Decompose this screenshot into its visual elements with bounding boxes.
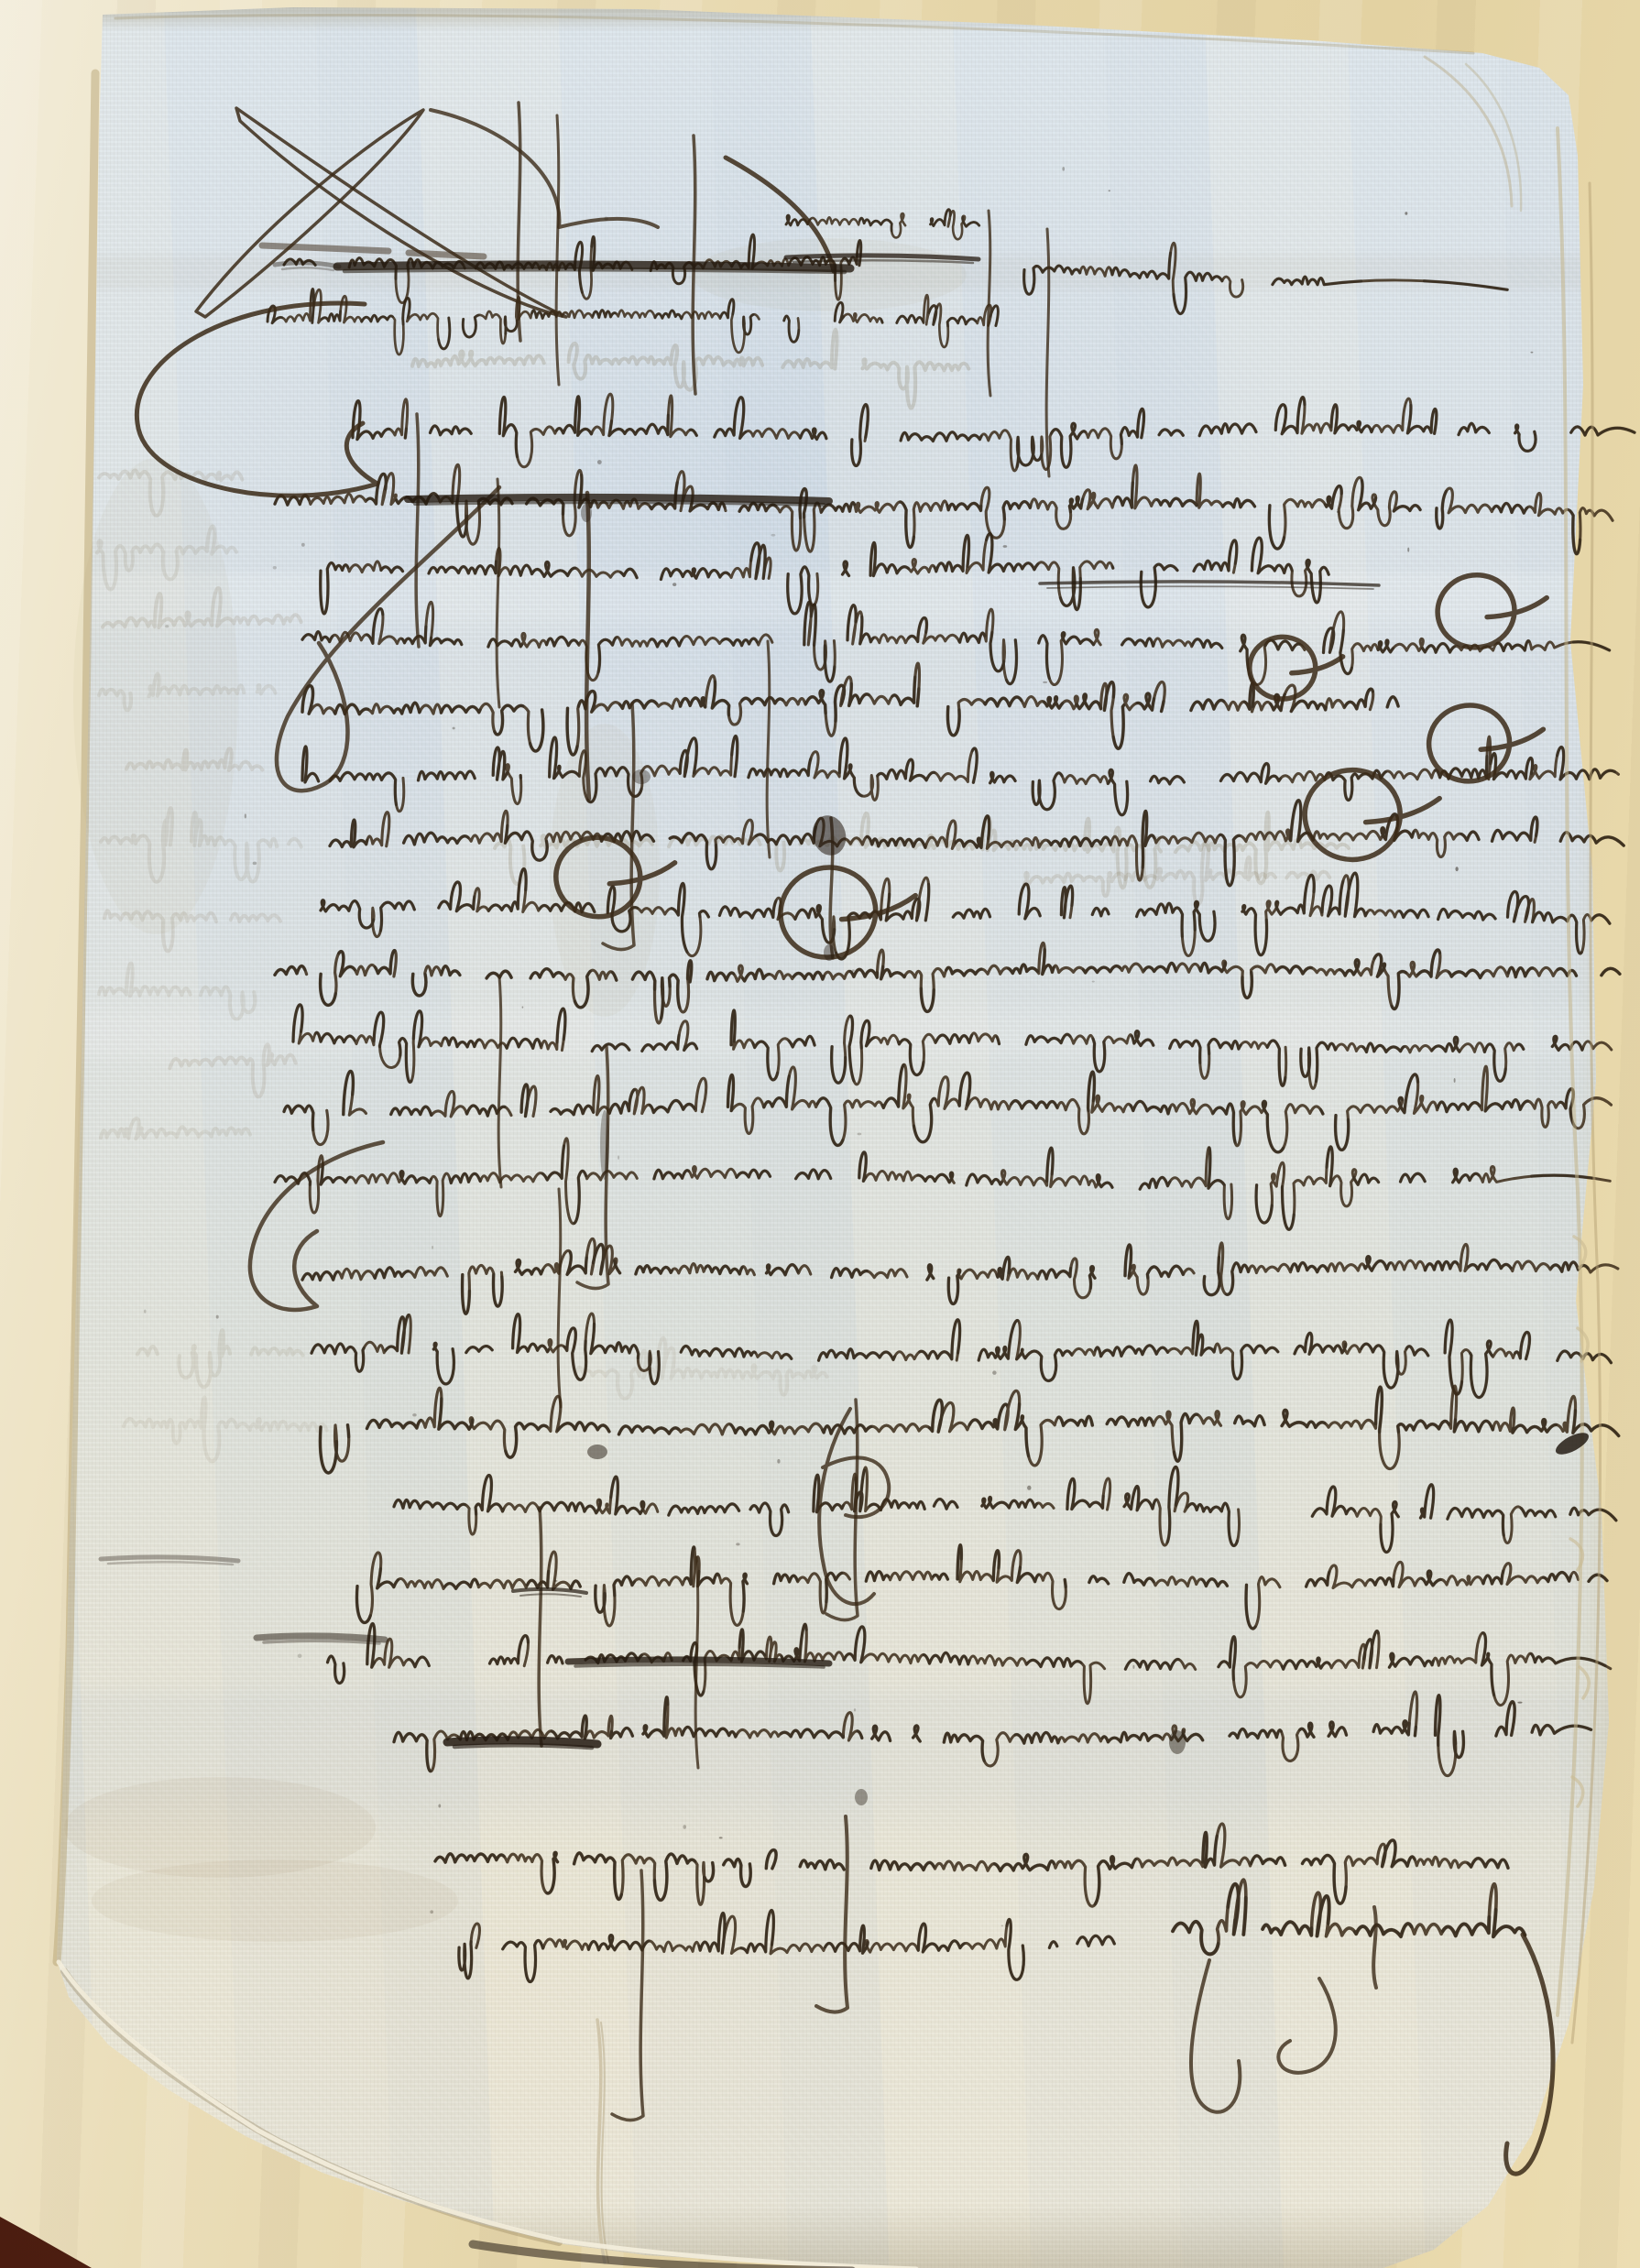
ink-speck — [144, 1309, 146, 1313]
tall-letter-stroke — [988, 211, 990, 396]
ink-blot — [855, 1789, 868, 1805]
ink-speck — [604, 216, 607, 220]
ink-speck — [165, 625, 169, 627]
strikethrough — [344, 269, 845, 272]
ink-layer — [0, 0, 1640, 2268]
strikethrough — [101, 1557, 238, 1561]
tall-letter-stroke — [767, 641, 770, 857]
tall-letter-stroke — [416, 414, 419, 647]
tall-letter-stroke — [556, 115, 559, 385]
header-line-3 — [1024, 243, 1508, 313]
ink-speck — [273, 566, 277, 569]
paper-crease — [1425, 57, 1512, 206]
ink-speck — [1517, 1702, 1522, 1704]
ink-speck — [430, 1910, 433, 1914]
flourish-paraph-right-arc — [431, 110, 658, 227]
ink-blot — [824, 944, 835, 961]
ink-speck — [672, 583, 676, 586]
tall-letter-stroke — [558, 1189, 561, 1407]
large-loop-letter — [1438, 575, 1547, 648]
ink-speck — [957, 1277, 961, 1279]
ink-blot — [808, 812, 850, 859]
header-line-2-dark-pass — [786, 210, 979, 240]
paper-stain — [92, 1859, 458, 1942]
tall-letter-stroke — [816, 1816, 847, 2012]
body-line-3-dark-pass — [321, 534, 1328, 614]
tall-letter-stroke — [612, 1870, 643, 2121]
body-line-3 — [321, 534, 1328, 614]
flourish-signature-descender — [1506, 1935, 1553, 2174]
strikethrough — [568, 1660, 829, 1663]
ink-blot — [600, 1110, 609, 1180]
strikethrough — [108, 1562, 233, 1565]
ink-speck — [1308, 1178, 1311, 1180]
strikethrough — [575, 1664, 824, 1667]
ink-speck — [858, 1133, 862, 1136]
ink-speck — [216, 1315, 219, 1319]
strikethrough — [520, 1594, 581, 1597]
body-line-17 — [356, 1545, 1607, 1629]
show-through-mark — [124, 1398, 327, 1462]
body-line-9 — [275, 943, 1620, 1023]
body-line-1 — [353, 394, 1635, 471]
strikethrough — [282, 267, 333, 270]
ink-speck — [1455, 867, 1458, 871]
ink-speck — [992, 1370, 996, 1375]
ink-speck — [438, 1804, 441, 1807]
show-through-mark — [137, 1330, 303, 1387]
ink-speck — [1530, 352, 1533, 354]
tall-letter-stroke — [586, 493, 589, 799]
ink-speck — [1407, 548, 1409, 552]
ink-speck — [852, 969, 855, 971]
ink-speck — [597, 460, 602, 464]
ink-speck — [618, 1155, 619, 1160]
ink-speck — [245, 813, 246, 818]
ink-speck — [1405, 212, 1407, 214]
paper-crease — [1572, 183, 1600, 2043]
ink-speck — [432, 1246, 433, 1249]
body-line-9-dark-pass — [275, 943, 1620, 1023]
tall-letter-stroke — [498, 976, 501, 1187]
ink-speck — [854, 1708, 856, 1711]
ink-speck — [301, 543, 305, 547]
ink-speck — [736, 1543, 739, 1545]
body-line-12 — [275, 1139, 1610, 1229]
strikethrough — [415, 502, 824, 505]
tall-letter-stroke — [1046, 229, 1049, 476]
tear-fiber-highlight — [59, 1962, 916, 2268]
body-line-15-dark-pass — [320, 1386, 1618, 1473]
ink-speck — [777, 1459, 780, 1464]
strikethrough — [454, 1745, 592, 1748]
body-line-12-dark-pass — [275, 1139, 1610, 1229]
body-line-21 — [459, 1910, 1114, 1981]
tear-shadow — [64, 1971, 559, 2242]
ink-blot — [587, 1445, 607, 1459]
strikethrough — [1047, 586, 1373, 589]
ink-speck — [1003, 545, 1008, 548]
body-line-16-dark-pass — [394, 1467, 1616, 1552]
ink-blot — [1169, 1730, 1186, 1754]
show-through-mark — [169, 1044, 295, 1096]
ink-speck — [1062, 167, 1065, 171]
show-through-mark — [101, 1118, 250, 1139]
paper-crease — [1558, 128, 1582, 2015]
tall-letter-stroke — [497, 479, 499, 707]
body-line-18-dark-pass — [328, 1624, 1611, 1706]
ink-speck — [412, 1413, 417, 1416]
show-through-mark — [104, 910, 280, 951]
ink-speck — [771, 534, 775, 537]
ink-speck — [683, 1825, 686, 1828]
strikethrough — [1040, 582, 1379, 585]
flourish-big-l-initial — [250, 1142, 383, 1310]
flourish-big-c-initial — [137, 303, 377, 496]
strikethrough — [264, 1641, 379, 1643]
ink-speck — [553, 1580, 557, 1582]
manuscript-photograph — [0, 0, 1640, 2268]
body-line-14-dark-pass — [312, 1314, 1611, 1398]
signature-line — [1173, 1880, 1525, 1954]
strikethrough — [513, 1589, 586, 1593]
ink-speck — [253, 862, 257, 866]
flourish-signature-z-curl — [1278, 1979, 1335, 2073]
ink-blot — [581, 504, 592, 522]
tall-letter-stroke — [539, 1508, 541, 1746]
ink-speck — [1132, 1665, 1134, 1669]
show-through-mark — [99, 963, 271, 1019]
flourish-signature-y-loop — [1191, 1960, 1240, 2112]
ink-blot — [632, 769, 651, 784]
ink-speck — [298, 1654, 302, 1658]
show-through-mark — [412, 330, 968, 409]
ink-speck — [522, 1006, 524, 1008]
strikethrough — [257, 1636, 385, 1640]
ink-speck — [1092, 981, 1095, 983]
ink-speck — [1454, 1078, 1456, 1083]
ink-speck — [1001, 1925, 1003, 1926]
ink-speck — [1109, 190, 1110, 191]
paper-crease — [115, 15, 1473, 53]
header-line-3-dark-pass — [1024, 243, 1508, 313]
paper-crease — [1466, 64, 1521, 211]
body-line-20 — [435, 1824, 1508, 1906]
ink-speck — [1027, 1486, 1031, 1490]
tall-letter-stroke — [1373, 1907, 1376, 1988]
ink-speck — [1337, 511, 1339, 513]
body-line-17-dark-pass — [356, 1545, 1607, 1629]
ink-speck — [453, 727, 455, 730]
ink-speck — [719, 1837, 723, 1838]
ink-speck — [1043, 681, 1047, 683]
ink-speck — [554, 778, 556, 780]
paper-crease — [57, 73, 95, 1962]
